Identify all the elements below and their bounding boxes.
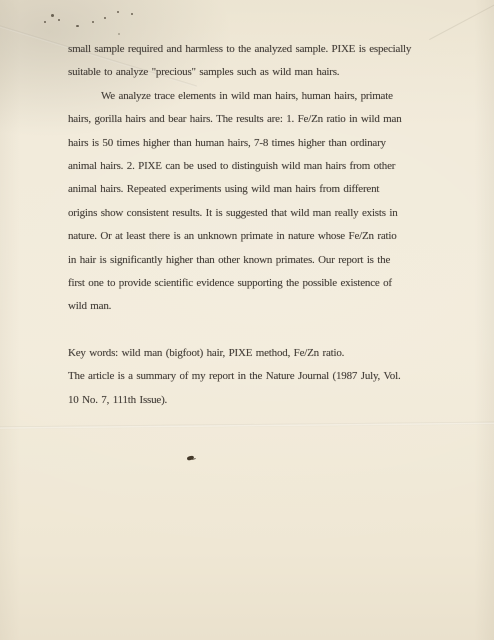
text-line: animal hairs. Repeated experiments using…: [68, 178, 448, 201]
dirt-speck: [131, 13, 133, 15]
text-line: origins show consistent results. It is s…: [68, 202, 448, 225]
text-line: suitable to analyze "precious" samples s…: [68, 61, 448, 84]
dirt-speck: [104, 17, 106, 19]
text-line: first one to provide scientific evidence…: [68, 272, 448, 295]
keywords-line: 10 No. 7, 111th Issue).: [68, 389, 448, 412]
keywords-line: Key words: wild man (bigfoot) hair, PIXE…: [68, 342, 448, 365]
horizontal-fold-crease: [0, 422, 494, 430]
text-line: hairs, gorilla hairs and bear hairs. The…: [68, 108, 448, 131]
blank-line: [68, 319, 448, 342]
text-line: hairs is 50 times higher than human hair…: [68, 132, 448, 155]
dirt-speck: [44, 21, 46, 23]
text-line: nature. Or at least there is an unknown …: [68, 225, 448, 248]
text-line: animal hairs. 2. PIXE can be used to dis…: [68, 155, 448, 178]
keywords-line: The article is a summary of my report in…: [68, 365, 448, 388]
ink-speck: [187, 455, 195, 461]
text-line: in hair is significantly higher than oth…: [68, 249, 448, 272]
dirt-speck: [51, 14, 54, 17]
text-line: We analyze trace elements in wild man ha…: [68, 85, 448, 108]
text-line: small sample required and harmless to th…: [68, 38, 448, 61]
dirt-speck: [117, 11, 119, 13]
text-line: wild man.: [68, 295, 448, 318]
document-text: small sample required and harmless to th…: [68, 38, 448, 412]
dirt-speck: [58, 19, 60, 21]
scanned-page: small sample required and harmless to th…: [0, 0, 494, 640]
dirt-speck: [92, 21, 94, 23]
dirt-speck: [118, 33, 120, 35]
dirt-speck: [76, 25, 79, 27]
corner-crease-right: [429, 0, 494, 40]
